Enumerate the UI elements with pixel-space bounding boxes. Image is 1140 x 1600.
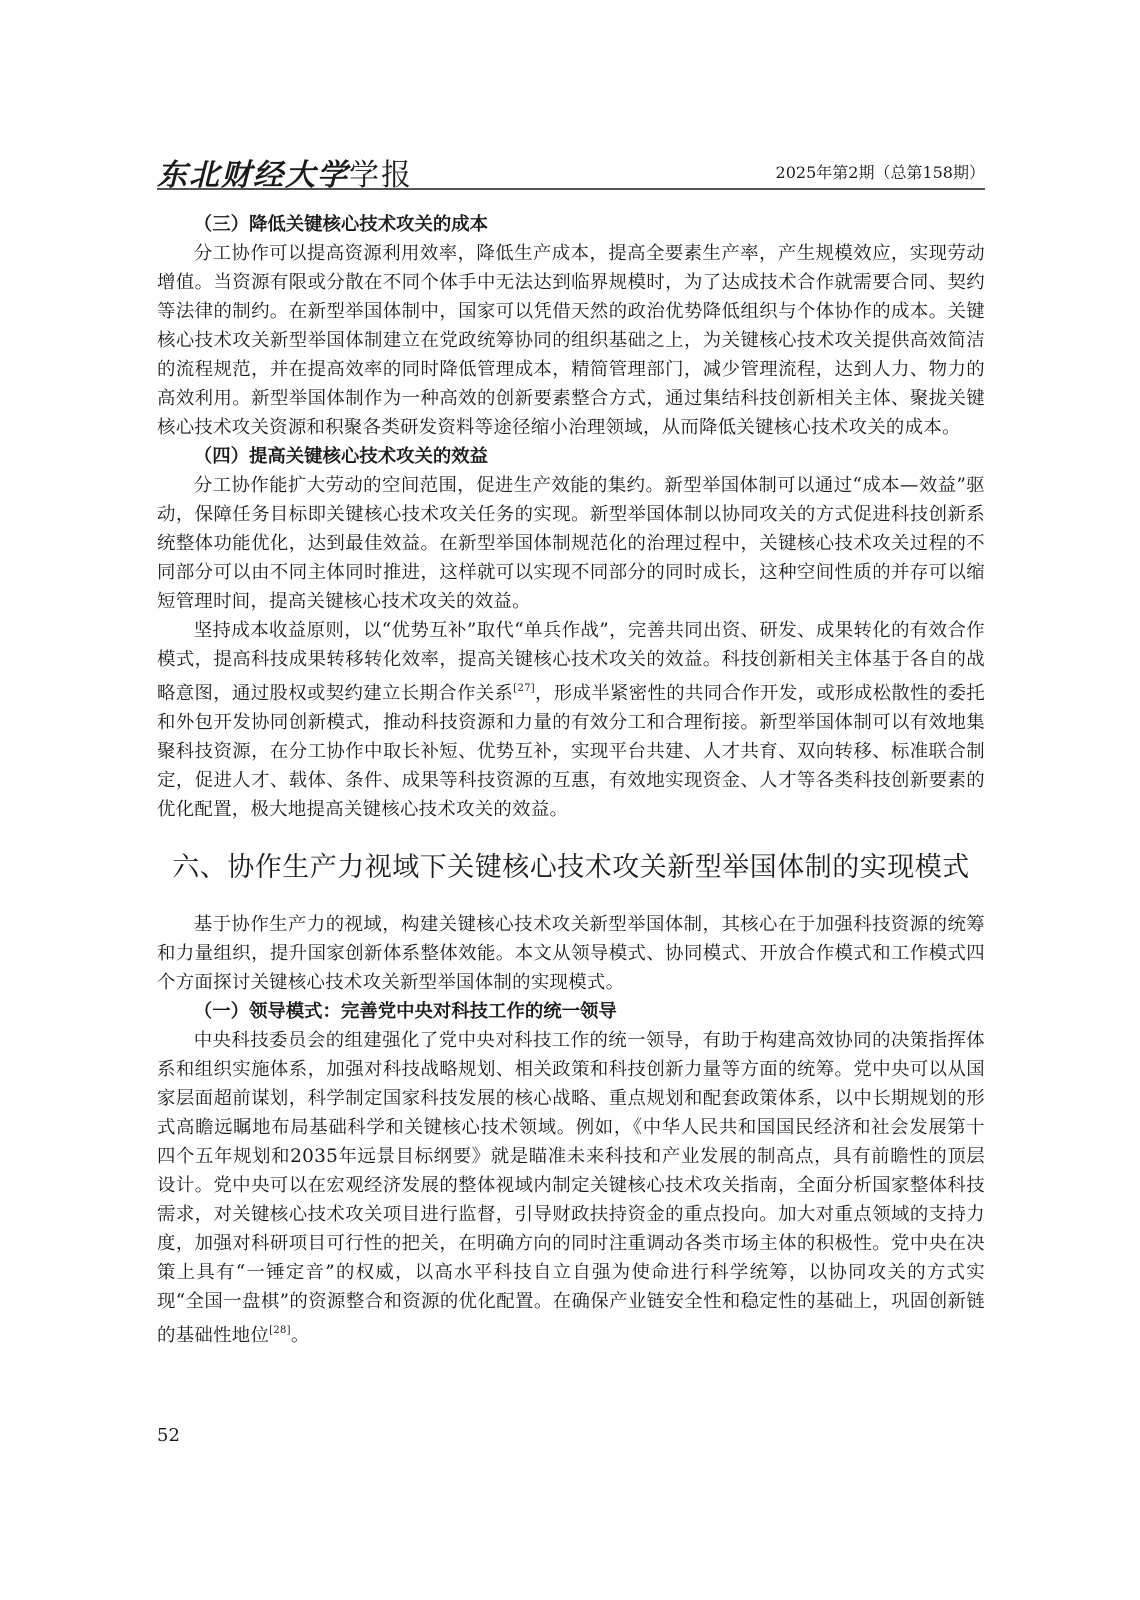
- paragraph: 分工协作能扩大劳动的空间范围，促进生产效能的集约。新型举国体制可以通过“成本—效…: [157, 471, 985, 616]
- journal-title-calligraphy: 东北财经大学: [157, 158, 349, 193]
- paragraph-text: 。: [291, 1325, 310, 1346]
- citation-28[interactable]: [28]: [269, 1325, 291, 1336]
- section-heading: （三）降低关键核心技术攻关的成本: [157, 210, 985, 239]
- article-body: （三）降低关键核心技术攻关的成本 分工协作可以提高资源利用效率，降低生产成本，提…: [157, 210, 985, 1350]
- chapter-heading: 六、协作生产力视域下关键核心技术攻关新型举国体制的实现模式: [157, 848, 985, 888]
- journal-title-regular: 学报: [349, 158, 413, 193]
- citation-27[interactable]: [27]: [513, 683, 535, 694]
- paragraph: 中央科技委员会的组建强化了党中央对科技工作的统一领导，有助于构建高效协同的决策指…: [157, 1026, 985, 1350]
- running-header: 东北财经大学学报 2025年第2期（总第158期）: [157, 150, 985, 190]
- page-number: 52: [157, 1425, 180, 1446]
- paragraph: 基于协作生产力的视域，构建关键核心技术攻关新型举国体制，其核心在于加强科技资源的…: [157, 910, 985, 997]
- section-heading: （一）领导模式：完善党中央对科技工作的统一领导: [157, 997, 985, 1026]
- paragraph-text: 中央科技委员会的组建强化了党中央对科技工作的统一领导，有助于构建高效协同的决策指…: [157, 1030, 985, 1346]
- paragraph: 坚持成本收益原则，以“优势互补”取代“单兵作战”，完善共同出资、研发、成果转化的…: [157, 616, 985, 824]
- section-heading: （四）提高关键核心技术攻关的效益: [157, 442, 985, 471]
- paragraph: 分工协作可以提高资源利用效率，降低生产成本，提高全要素生产率，产生规模效应，实现…: [157, 239, 985, 442]
- issue-info: 2025年第2期（总第158期）: [776, 160, 985, 183]
- journal-title: 东北财经大学学报: [157, 150, 413, 194]
